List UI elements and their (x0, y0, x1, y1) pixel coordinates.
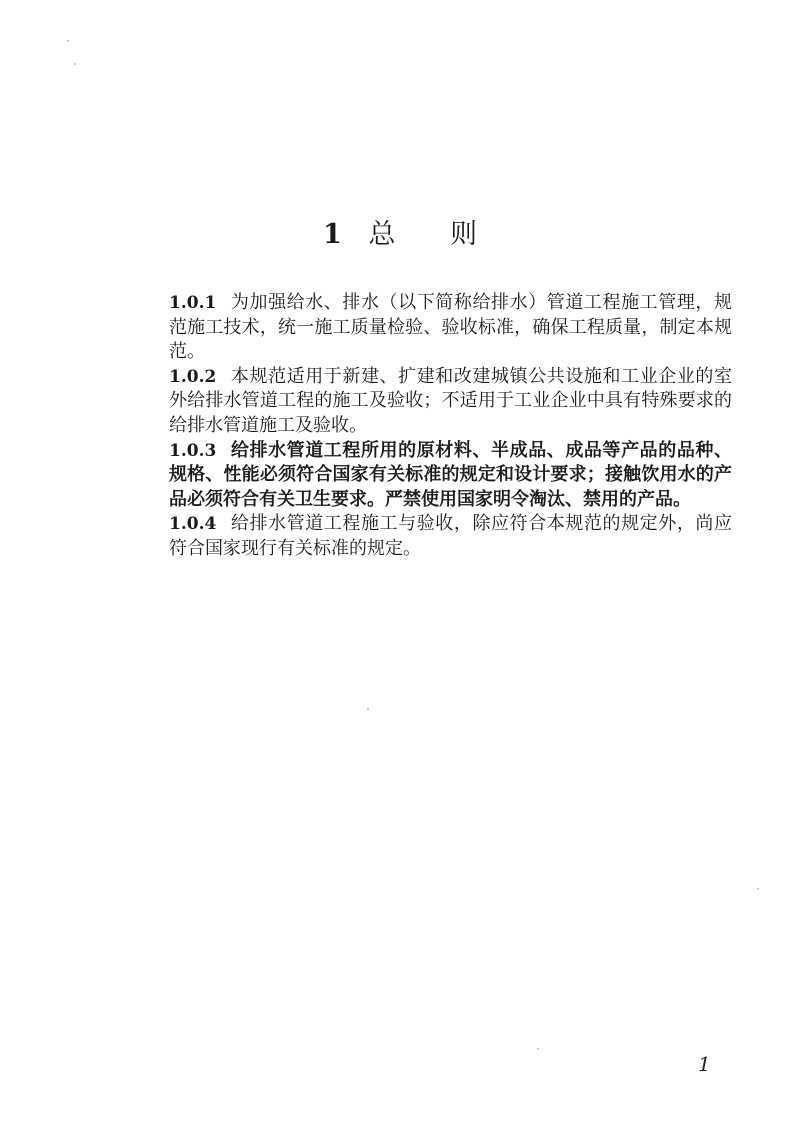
scan-speck (67, 40, 69, 42)
clause-text-mandatory: 给排水管道工程所用的原材料、半成品、成品等产品的品种、规格、性能必须符合国家有关… (169, 440, 732, 510)
chapter-number: 1 (323, 219, 342, 250)
clause-text: 给排水管道工程施工与验收，除应符合本规范的规定外，尚应符合国家现行有关标准的规定… (169, 513, 732, 559)
document-page: 1 总 则 1.0.1为加强给水、排水（以下简称给排水）管道工程施工管理，规范施… (0, 0, 800, 1135)
chapter-title-char-1: 总 (368, 219, 395, 250)
clauses-body: 1.0.1为加强给水、排水（以下简称给排水）管道工程施工管理，规范施工技术，统一… (169, 291, 732, 562)
clause-1-0-2: 1.0.2本规范适用于新建、扩建和改建城镇公共设施和工业企业的室外给排水管道工程… (169, 365, 732, 439)
clause-number: 1.0.1 (169, 293, 216, 313)
scan-speck (757, 888, 759, 890)
clause-1-0-4: 1.0.4给排水管道工程施工与验收，除应符合本规范的规定外，尚应符合国家现行有关… (169, 512, 732, 561)
clause-text: 为加强给水、排水（以下简称给排水）管道工程施工管理，规范施工技术，统一施工质量检… (169, 292, 732, 362)
scan-speck (74, 63, 76, 65)
chapter-title-char-2: 则 (450, 219, 477, 250)
clause-number: 1.0.2 (169, 367, 216, 387)
page-number: 1 (698, 1052, 711, 1076)
clause-text: 本规范适用于新建、扩建和改建城镇公共设施和工业企业的室外给排水管道工程的施工及验… (169, 366, 732, 436)
clause-number: 1.0.4 (169, 514, 216, 534)
clause-number: 1.0.3 (169, 441, 216, 461)
clause-1-0-3: 1.0.3给排水管道工程所用的原材料、半成品、成品等产品的品种、规格、性能必须符… (169, 439, 732, 513)
chapter-title: 1 总 则 (0, 212, 800, 251)
clause-1-0-1: 1.0.1为加强给水、排水（以下简称给排水）管道工程施工管理，规范施工技术，统一… (169, 291, 732, 365)
scan-speck (537, 1048, 539, 1050)
scan-speck (367, 708, 369, 710)
